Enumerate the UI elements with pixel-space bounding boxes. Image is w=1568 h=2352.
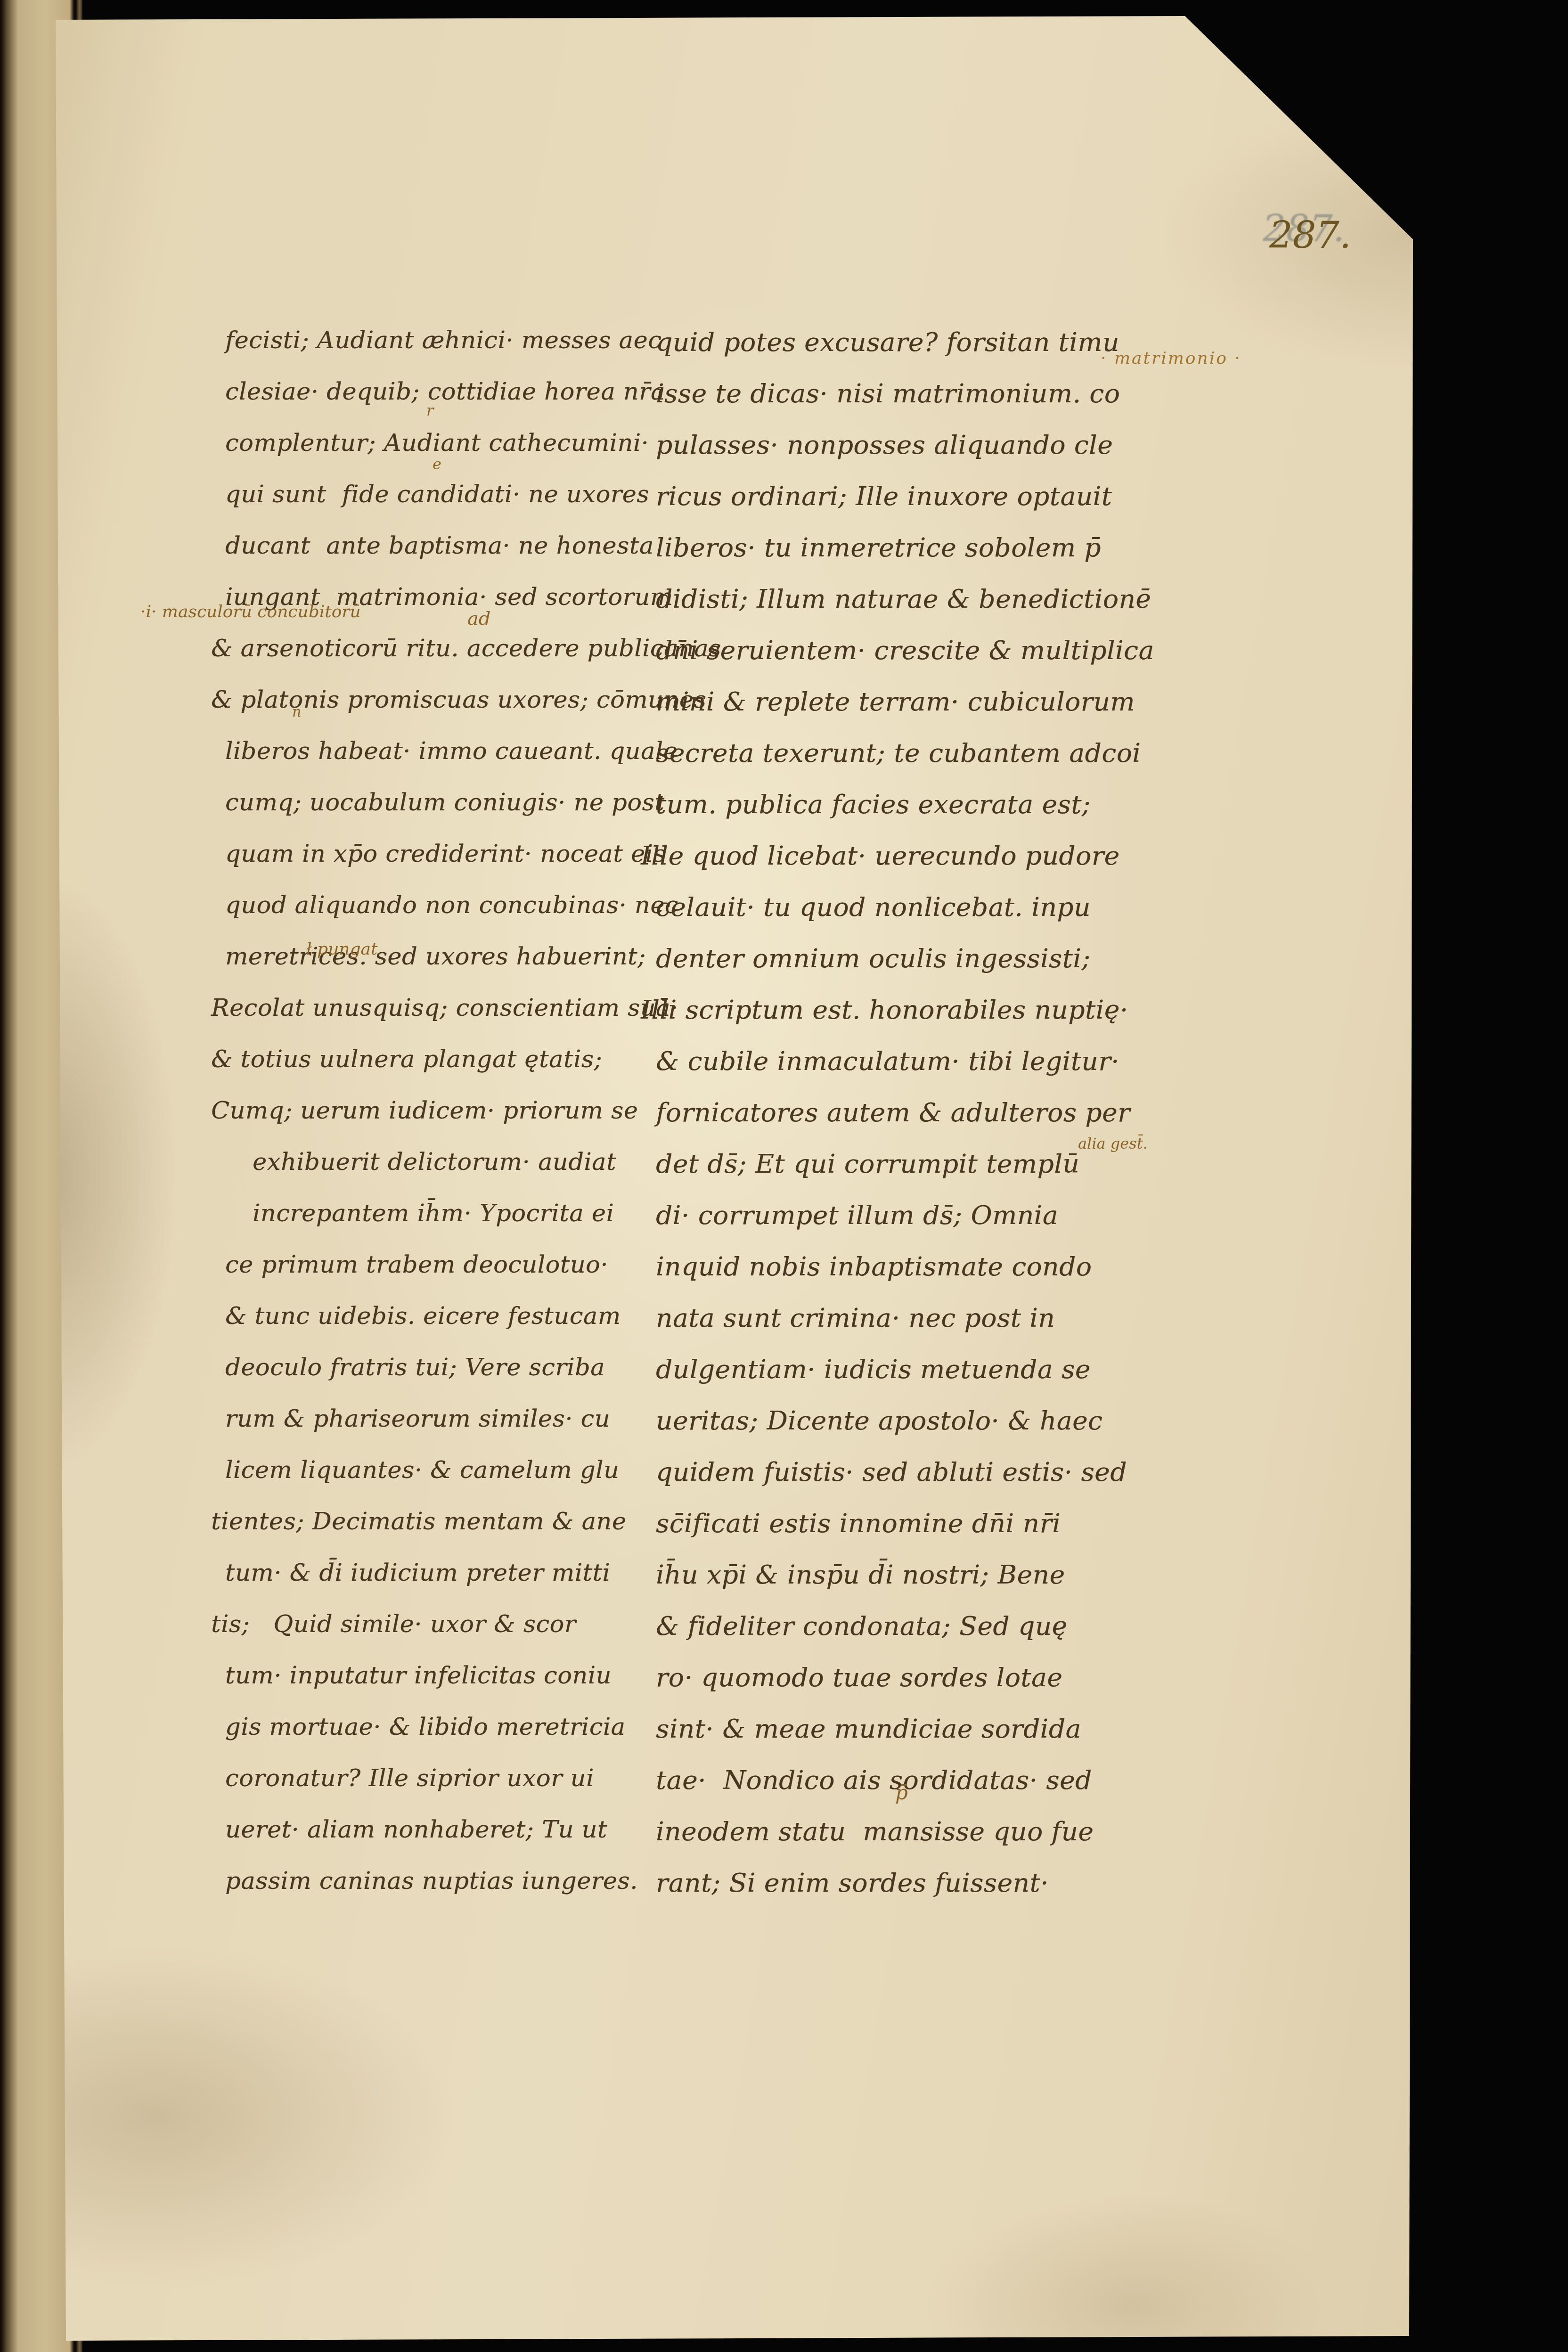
text-line: quod aliquando non concubinas· nec	[225, 880, 663, 931]
text-line: di· corrumpet illum ds̄; Omnia	[656, 1190, 1235, 1241]
text-line: tis; Quid simile· uxor & scor	[225, 1599, 663, 1650]
text-line: liberos habeat· immo caueant. quale	[225, 726, 663, 777]
text-line: & cubile inmaculatum· tibi legitur·	[656, 1036, 1235, 1087]
text-line: secreta texerunt; te cubantem adcoi	[656, 727, 1235, 779]
text-line: ricus ordinari; Ille inuxore optauit	[656, 471, 1235, 522]
text-line: ducant ante baptisma· ne honesta	[225, 520, 663, 572]
text-line: inquid nobis inbaptismate condo	[656, 1241, 1235, 1292]
text-line: pulasses· nonposses aliquando cle	[656, 419, 1235, 471]
text-line: meretrices. sed uxores habuerint;	[225, 931, 663, 982]
text-column-right: quid potes excusare? forsitan timuisse t…	[656, 317, 1235, 1909]
text-line: rum & phariseorum similes· cu	[225, 1393, 663, 1445]
text-line: ce primum trabem deoculotuo·	[225, 1239, 663, 1290]
text-line: complentur; Audiant cathecumini·	[225, 417, 663, 469]
text-line: gis mortuae· & libido meretricia	[225, 1701, 663, 1753]
interlinear-gloss-e: e	[433, 455, 441, 473]
text-line: & fideliter condonata; Sed quę	[656, 1601, 1235, 1652]
interlinear-gloss-pungat: ł pungat	[306, 939, 378, 959]
text-line: Cumq; uerum iudicem· priorum se	[225, 1085, 663, 1136]
text-line: Recolat unusquisq; conscientiam suā·	[225, 982, 663, 1034]
text-line: Illi scriptum est. honorabiles nuptię·	[656, 984, 1235, 1036]
text-line: nata sunt crimina· nec post in	[656, 1292, 1235, 1344]
text-line: fecisti; Audiant æhnici· messes aec	[225, 315, 663, 366]
text-line: & totius uulnera plangat ętatis;	[225, 1034, 663, 1085]
text-line: exhibuerit delictorum· audiat	[225, 1136, 663, 1188]
text-line: deoculo fratris tui; Vere scriba	[225, 1342, 663, 1393]
interlinear-gloss-alia-gesta: alia gest̄.	[1078, 1135, 1148, 1152]
text-line: det ds̄; Et qui corrumpit templū	[656, 1138, 1235, 1190]
text-line: ueritas; Dicente apostolo· & haec	[656, 1395, 1235, 1446]
text-line: tientes; Decimatis mentam & ane	[225, 1496, 663, 1547]
interlinear-gloss-ad: ad	[467, 608, 490, 629]
text-line: tum· & d̄i iudicium preter mitti	[225, 1547, 663, 1599]
text-line: dulgentiam· iudicis metuenda se	[656, 1344, 1235, 1395]
text-line: licem liquantes· & camelum glu	[225, 1445, 663, 1496]
text-line: passim caninas nuptias iungeres.	[225, 1855, 663, 1907]
text-line: qui sunt fide candidati· ne uxores	[225, 469, 663, 520]
text-line: dn̄i seruientem· crescite & multiplica	[656, 625, 1235, 676]
text-line: & platonis promiscuas uxores; cōmunes	[225, 674, 663, 726]
text-line: coronatur? Ille siprior uxor ui	[225, 1753, 663, 1804]
text-line: cumq; uocabulum coniugis· ne post	[225, 777, 663, 828]
text-line: fornicatores autem & adulteros per	[656, 1087, 1235, 1138]
text-line: tae· Nondico ais sordidatas· sed	[656, 1755, 1235, 1806]
text-line: isse te dicas· nisi matrimonium. co	[656, 368, 1235, 419]
interlinear-gloss-p: p̄	[895, 1781, 908, 1804]
interlinear-gloss-n: n	[292, 704, 301, 720]
text-column-left: fecisti; Audiant æhnici· messes aecclesi…	[225, 315, 663, 1907]
text-line: clesiae· dequib; cottidiae horea nr̄a	[225, 366, 663, 417]
text-line: sint· & meae mundiciae sordida	[656, 1703, 1235, 1755]
interlinear-gloss-r: r	[426, 401, 433, 419]
text-line: didisti; Illum naturae & benedictionē	[656, 573, 1235, 625]
text-line: increpantem ih̄m· Ypocrita ei	[225, 1188, 663, 1239]
page-number: 287. 287.	[1269, 214, 1420, 280]
text-line: denter omnium oculis ingessisti;	[656, 933, 1235, 984]
text-line: tum· inputatur infelicitas coniu	[225, 1650, 663, 1701]
text-line: tum. publica facies execrata est;	[656, 779, 1235, 830]
text-line: liberos· tu inmeretrice sobolem p̄	[656, 522, 1235, 573]
text-line: rant; Si enim sordes fuissent·	[656, 1857, 1235, 1909]
text-line: ih̄u xp̄i & insp̄u d̄i nostri; Bene	[656, 1549, 1235, 1601]
text-line: Ille quod licebat· uerecundo pudore	[656, 830, 1235, 882]
text-line: & tunc uidebis. eicere festucam	[225, 1290, 663, 1342]
text-line: ueret· aliam nonhaberet; Tu ut	[225, 1804, 663, 1855]
text-line: quam in xp̄o crediderint· noceat eis	[225, 828, 663, 880]
manuscript-photo: 287. 287. · matrimonio · fecisti; Audian…	[0, 0, 1568, 2352]
parchment-page: 287. 287. · matrimonio · fecisti; Audian…	[0, 0, 1568, 2352]
text-line: quidem fuistis· sed abluti estis· sed	[656, 1446, 1235, 1498]
page-number-ink: 287.	[1269, 214, 1351, 257]
text-line: ineodem statu mansisse quo fue	[656, 1806, 1235, 1857]
text-line: celauit· tu quod nonlicebat. inpu	[656, 882, 1235, 933]
text-line: & arsenoticorū ritu. accedere publicanas…	[225, 623, 663, 674]
text-line: ro· quomodo tuae sordes lotae	[656, 1652, 1235, 1703]
text-line: quid potes excusare? forsitan timu	[656, 317, 1235, 368]
interlinear-gloss-masculorum-concubitorum: ·i· masculorū concubitorū	[140, 602, 361, 621]
text-line: mini & replete terram· cubiculorum	[656, 676, 1235, 727]
text-line: sc̄ificati estis innomine dn̄i nr̄i	[656, 1498, 1235, 1549]
